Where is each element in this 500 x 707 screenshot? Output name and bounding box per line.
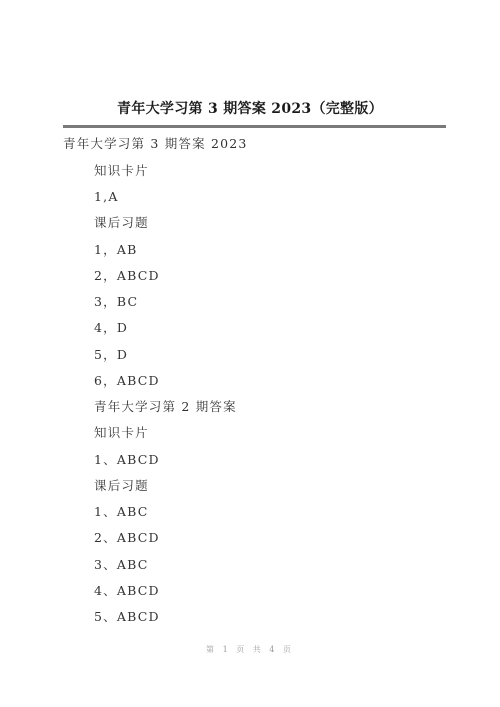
subheading-knowledge-card: 知识卡片 xyxy=(94,163,149,179)
answer-line: 4，D xyxy=(94,320,128,336)
answer-line: 1,A xyxy=(94,189,119,205)
section-heading-issue-3: 青年大学习第 3 期答案 2023 xyxy=(63,136,248,152)
answer-line: 2、ABCD xyxy=(94,530,160,546)
answer-line: 1、ABC xyxy=(94,504,148,520)
subheading-knowledge-card: 知识卡片 xyxy=(94,425,149,441)
document-title: 青年大学习第 3 期答案 2023（完整版） xyxy=(0,100,500,118)
answer-line: 3，BC xyxy=(94,294,138,310)
answer-line: 1，AB xyxy=(94,242,137,258)
answer-line: 1、ABCD xyxy=(94,452,160,468)
page-number-footer: 第 1 页 共 4 页 xyxy=(0,644,500,655)
answer-line: 2，ABCD xyxy=(94,268,160,284)
answer-line: 5，D xyxy=(94,347,128,363)
answer-line: 6，ABCD xyxy=(94,373,160,389)
subheading-exercises: 课后习题 xyxy=(94,215,149,231)
document-page: 青年大学习第 3 期答案 2023（完整版） 青年大学习第 3 期答案 2023… xyxy=(0,0,500,707)
answer-line: 4、ABCD xyxy=(94,583,160,599)
answer-line: 3、ABC xyxy=(94,557,148,573)
subheading-exercises: 课后习题 xyxy=(94,478,149,494)
answer-line: 5、ABCD xyxy=(94,609,160,625)
section-heading-issue-2: 青年大学习第 2 期答案 xyxy=(94,399,237,415)
title-divider xyxy=(63,125,446,128)
